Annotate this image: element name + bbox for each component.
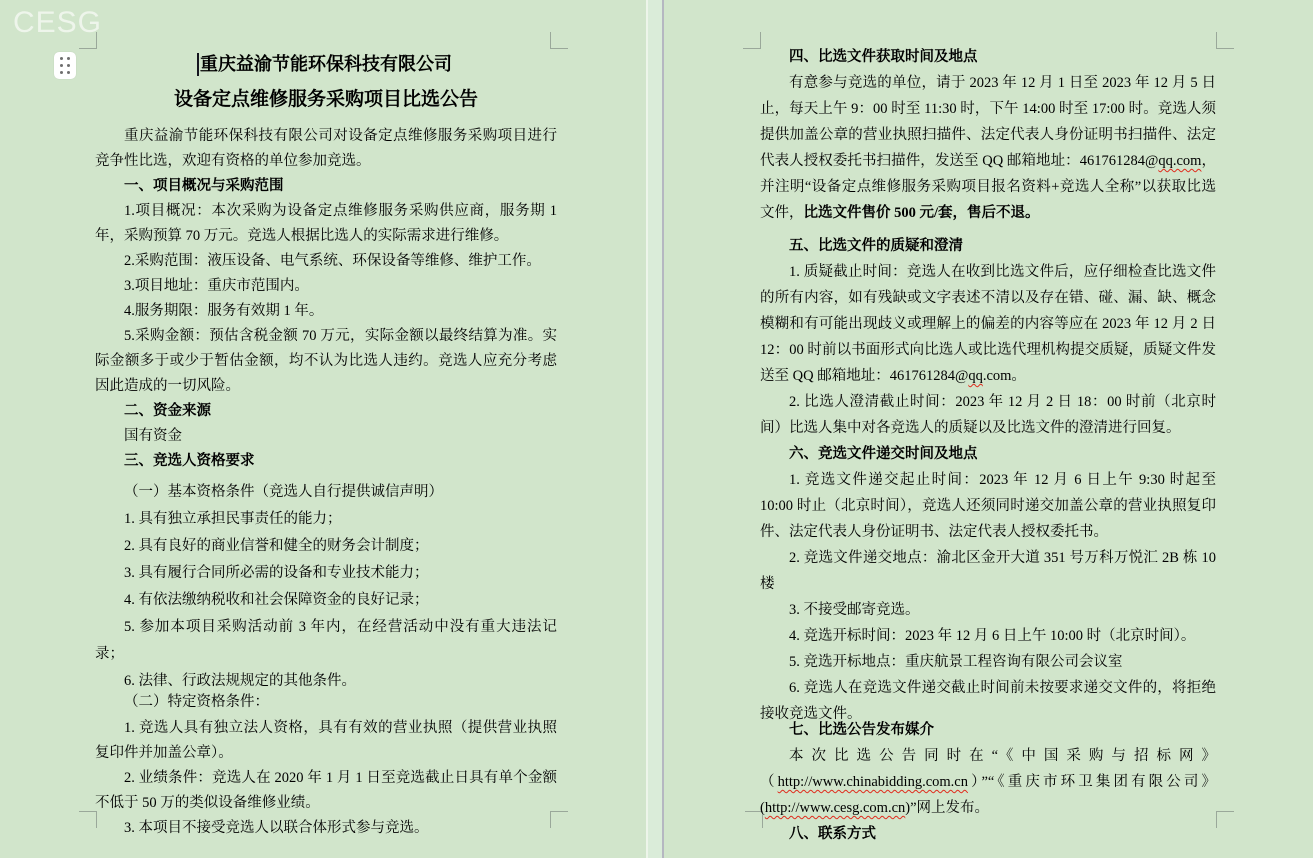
paragraph[interactable]: 3. 具有履行合同所必需的设备和专业技术能力； — [95, 560, 557, 587]
spellcheck-flagged-text[interactable]: http://www.cesg.com.cn — [765, 800, 905, 816]
section-heading-8[interactable]: 八、联系方式 — [760, 821, 1216, 847]
text-run[interactable]: 3. 具有履行合同所必需的设备和专业技术能力； — [124, 565, 429, 581]
text-run[interactable]: 2. 业绩条件：竞选人在 2020 年 1 月 1 日至竞选截止日具有单个金额不… — [95, 770, 557, 811]
spellcheck-flagged-text[interactable]: http://www.chinabidding.com.cn — [778, 774, 968, 790]
text-run[interactable]: 重庆益渝节能环保科技有限公司 — [200, 54, 452, 74]
text-run[interactable]: 七、比选公告发布媒介 — [789, 722, 934, 738]
paragraph[interactable]: 4. 竞选开标时间：2023 年 12 月 6 日上午 10:00 时（北京时间… — [760, 623, 1216, 649]
text-run[interactable]: 4. 竞选开标时间：2023 年 12 月 6 日上午 10:00 时（北京时间… — [789, 628, 1195, 644]
paragraph[interactable]: 本次比选公告同时在“《中国采购与招标网》（http://www.chinabid… — [760, 743, 1216, 821]
text-run[interactable]: 八、联系方式 — [789, 826, 876, 842]
paragraph[interactable]: 2. 业绩条件：竞选人在 2020 年 1 月 1 日至竞选截止日具有单个金额不… — [95, 766, 557, 816]
text-run[interactable]: 6. 竞选人在竞选文件递交截止时间前未按要求递交文件的，将拒绝接收竞选文件。 — [760, 680, 1216, 722]
text-run[interactable]: 2. 比选人澄清截止时间：2023 年 12 月 2 日 18：00 时前（北京… — [760, 394, 1216, 436]
spellcheck-flagged-text[interactable]: qq — [968, 368, 983, 384]
text-run[interactable]: 461761284@ — [1080, 153, 1159, 169]
text-run[interactable]: 1.项目概况：本次采购为设备定点维修服务采购供应商，服务期 1 年，采购预算 7… — [95, 203, 557, 244]
text-run[interactable]: 5. 竞选开标地点：重庆航景工程咨询有限公司会议室 — [789, 654, 1123, 670]
text-run[interactable]: （二）特定资格条件： — [124, 694, 269, 710]
paragraph[interactable]: 4.服务期限：服务有效期 1 年。 — [95, 299, 557, 324]
paragraph[interactable]: 3. 不接受邮寄竞选。 — [760, 597, 1216, 623]
text-run[interactable]: 1. 竞选文件递交起止时间：2023 年 12 月 6 日上午 9:30 时起至… — [760, 472, 1216, 540]
page-left-text-area[interactable]: 重庆益渝节能环保科技有限公司设备定点维修服务采购项目比选公告重庆益渝节能环保科技… — [95, 46, 557, 841]
paragraph[interactable]: 国有资金 — [95, 424, 557, 449]
paragraph[interactable]: 有意参与竞选的单位，请于 2023 年 12 月 1 日至 2023 年 12 … — [760, 70, 1216, 226]
text-run[interactable]: 六、竞选文件递交时间及地点 — [789, 446, 978, 462]
crop-mark-right-page-bottom-right — [1216, 811, 1234, 828]
doc-title-announcement[interactable]: 设备定点维修服务采购项目比选公告 — [95, 82, 557, 118]
paragraph[interactable]: 1. 竞选人具有独立法人资格，具有有效的营业执照（提供营业执照复印件并加盖公章）… — [95, 716, 557, 766]
paragraph[interactable]: 1.项目概况：本次采购为设备定点维修服务采购供应商，服务期 1 年，采购预算 7… — [95, 199, 557, 249]
paragraph[interactable]: （一）基本资格条件（竞选人自行提供诚信声明） — [95, 479, 557, 506]
text-run[interactable]: 2. 竞选文件递交地点：渝北区金开大道 351 号万科万悦汇 2B 栋 10 楼 — [760, 550, 1216, 592]
text-run[interactable]: 国有资金 — [124, 428, 182, 444]
page-right-text-area[interactable]: 四、比选文件获取时间及地点有意参与竞选的单位，请于 2023 年 12 月 1 … — [760, 44, 1216, 847]
crop-mark-right-page-top-right — [1216, 32, 1234, 49]
section-heading-7[interactable]: 七、比选公告发布媒介 — [760, 717, 1216, 743]
doc-title-company[interactable]: 重庆益渝节能环保科技有限公司 — [95, 46, 557, 82]
section-heading-6[interactable]: 六、竞选文件递交时间及地点 — [760, 441, 1216, 467]
paragraph[interactable]: 3.项目地址：重庆市范围内。 — [95, 274, 557, 299]
paragraph[interactable]: 2. 竞选文件递交地点：渝北区金开大道 351 号万科万悦汇 2B 栋 10 楼 — [760, 545, 1216, 597]
paragraph[interactable]: 2. 具有良好的商业信誉和健全的财务会计制度； — [95, 533, 557, 560]
paragraph[interactable]: 5.采购金额：预估含税金额 70 万元，实际金额以最终结算为准。实际金额多于或少… — [95, 324, 557, 399]
text-run[interactable]: 3. 本项目不接受竞选人以联合体形式参与竞选。 — [124, 820, 429, 836]
text-run[interactable]: 3. 不接受邮寄竞选。 — [789, 602, 920, 618]
paragraph[interactable]: 3. 本项目不接受竞选人以联合体形式参与竞选。 — [95, 816, 557, 841]
text-run[interactable]: 三、竞选人资格要求 — [124, 453, 255, 469]
section-heading-2[interactable]: 二、资金来源 — [95, 399, 557, 424]
paragraph[interactable]: 5. 竞选开标地点：重庆航景工程咨询有限公司会议室 — [760, 649, 1216, 675]
text-run[interactable]: 3.项目地址：重庆市范围内。 — [124, 278, 309, 294]
text-run[interactable]: 4.服务期限：服务有效期 1 年。 — [124, 303, 323, 319]
text-run[interactable]: 461761284@ — [890, 368, 969, 384]
intro-paragraph[interactable]: 重庆益渝节能环保科技有限公司对设备定点维修服务采购项目进行竞争性比选，欢迎有资格… — [95, 124, 557, 174]
section-heading-1[interactable]: 一、项目概况与采购范围 — [95, 174, 557, 199]
section-heading-3[interactable]: 三、竞选人资格要求 — [95, 449, 557, 474]
bold-text-run[interactable]: 比选文件售价 500 元/套，售后不退。 — [804, 205, 1040, 221]
text-run[interactable]: 四、比选文件获取时间及地点 — [789, 49, 978, 65]
text-run[interactable]: .com。 — [983, 368, 1026, 384]
text-run[interactable]: 2. 具有良好的商业信誉和健全的财务会计制度； — [124, 538, 429, 554]
text-run[interactable]: 二、资金来源 — [124, 403, 211, 419]
paragraph-drag-handle-icon[interactable] — [54, 52, 76, 79]
document-canvas: { "watermark": "CESG", "pages": { "left"… — [0, 0, 1313, 858]
text-run[interactable]: （一）基本资格条件（竞选人自行提供诚信声明） — [124, 484, 443, 500]
text-run[interactable]: 1. 质疑截止时间：竞选人在收到比选文件后，应仔细检查比选文件的所有内容，如有残… — [760, 264, 1216, 384]
text-run[interactable]: 1. 具有独立承担民事责任的能力； — [124, 511, 342, 527]
text-run[interactable]: 6. 法律、行政法规规定的其他条件。 — [124, 673, 356, 689]
text-run[interactable]: 5.采购金额：预估含税金额 70 万元，实际金额以最终结算为准。实际金额多于或少… — [95, 328, 557, 394]
paragraph[interactable]: 2. 比选人澄清截止时间：2023 年 12 月 2 日 18：00 时前（北京… — [760, 389, 1216, 441]
text-run[interactable]: 五、比选文件的质疑和澄清 — [789, 238, 963, 254]
text-run[interactable]: 5. 参加本项目采购活动前 3 年内，在经营活动中没有重大违法记录； — [95, 619, 557, 662]
text-run[interactable]: 1. 竞选人具有独立法人资格，具有有效的营业执照（提供营业执照复印件并加盖公章）… — [95, 720, 557, 761]
section-heading-5[interactable]: 五、比选文件的质疑和澄清 — [760, 233, 1216, 259]
text-run[interactable]: 2.采购范围：液压设备、电气系统、环保设备等维修、维护工作。 — [124, 253, 541, 269]
paragraph[interactable]: 1. 具有独立承担民事责任的能力； — [95, 506, 557, 533]
paragraph[interactable]: 5. 参加本项目采购活动前 3 年内，在经营活动中没有重大违法记录； — [95, 614, 557, 668]
text-run[interactable]: 重庆益渝节能环保科技有限公司对设备定点维修服务采购项目进行竞争性比选，欢迎有资格… — [95, 128, 557, 169]
text-run[interactable]: 设备定点维修服务采购项目比选公告 — [174, 89, 478, 110]
page-boundary — [646, 0, 664, 858]
text-run[interactable]: )”网上发布。 — [905, 800, 989, 816]
crop-mark-right-page-top-left — [743, 32, 761, 49]
paragraph[interactable]: 1. 竞选文件递交起止时间：2023 年 12 月 6 日上午 9:30 时起至… — [760, 467, 1216, 545]
paragraph[interactable]: 4. 有依法缴纳税收和社会保障资金的良好记录； — [95, 587, 557, 614]
text-run[interactable]: 4. 有依法缴纳税收和社会保障资金的良好记录； — [124, 592, 429, 608]
paragraph[interactable]: 1. 质疑截止时间：竞选人在收到比选文件后，应仔细检查比选文件的所有内容，如有残… — [760, 259, 1216, 389]
spellcheck-flagged-text[interactable]: qq.com — [1158, 153, 1201, 169]
section-heading-4[interactable]: 四、比选文件获取时间及地点 — [760, 44, 1216, 70]
paragraph[interactable]: 2.采购范围：液压设备、电气系统、环保设备等维修、维护工作。 — [95, 249, 557, 274]
text-run[interactable]: 一、项目概况与采购范围 — [124, 178, 284, 194]
